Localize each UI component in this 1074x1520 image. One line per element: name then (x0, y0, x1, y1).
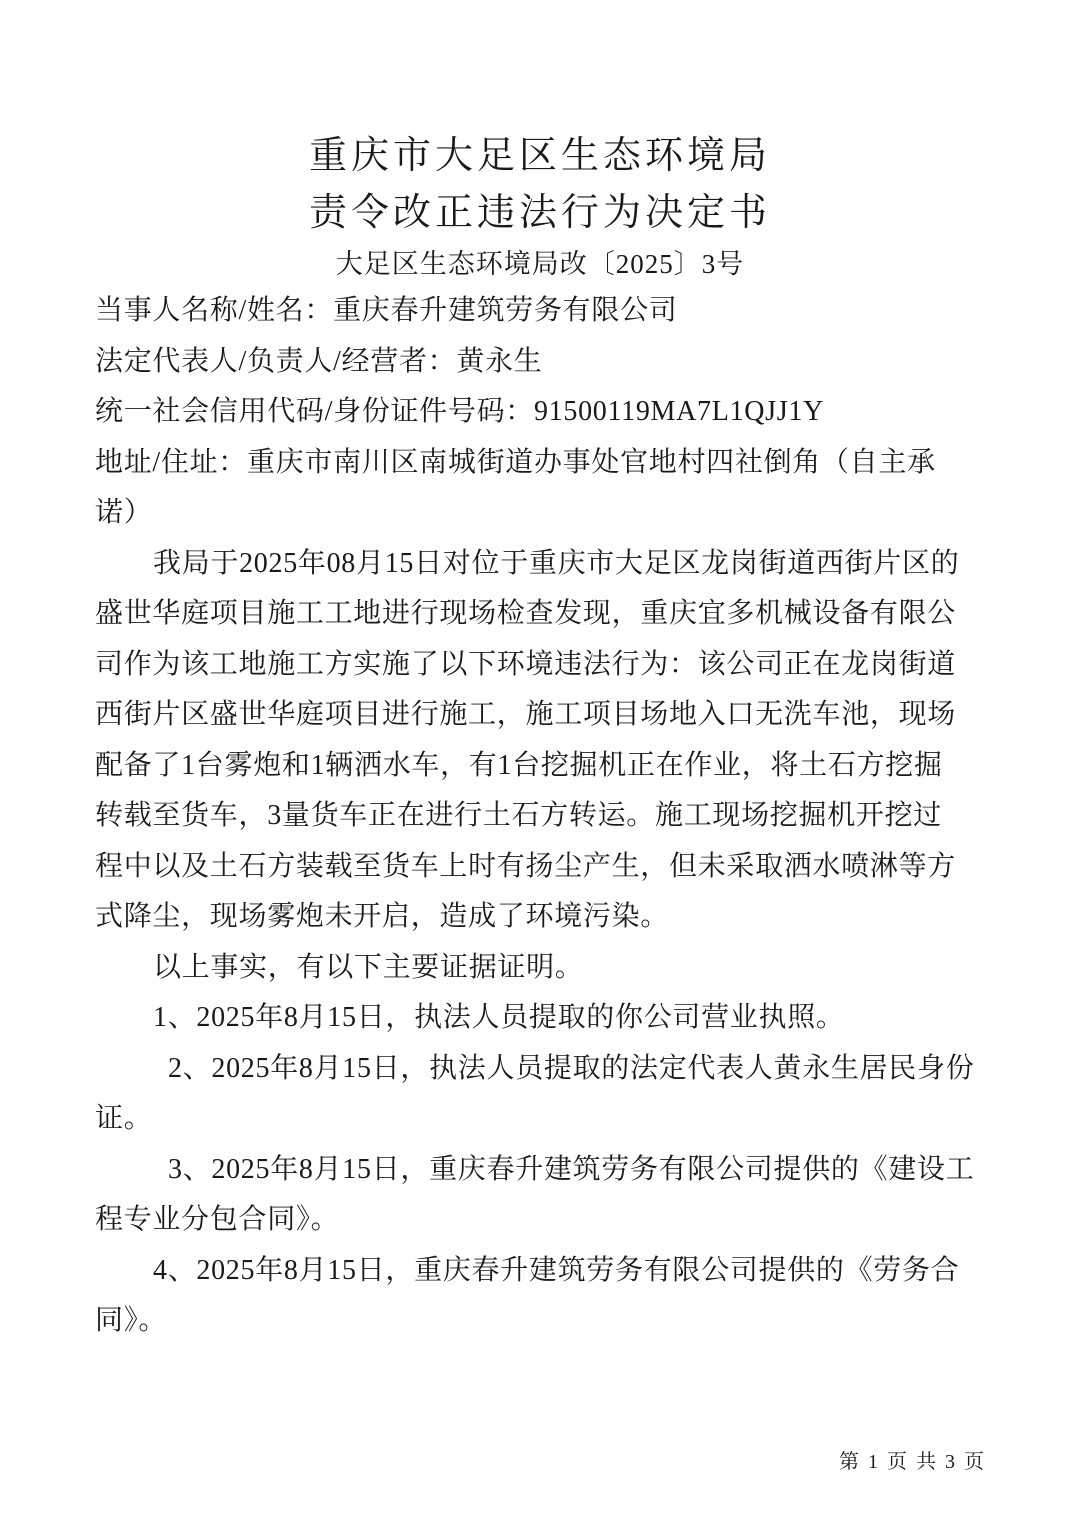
line-evidence-intro: 以上事实，有以下主要证据证明。 (95, 943, 985, 994)
line-findings-5: 配备了1台雾炮和1辆洒水车，有1台挖掘机正在作业，将土石方挖掘 (95, 741, 985, 792)
line-party-name: 当事人名称/姓名：重庆春升建筑劳务有限公司 (95, 286, 985, 337)
line-evidence-item-4b: 同》。 (95, 1296, 985, 1347)
line-evidence-item-2a: 2、2025年8月15日，执法人员提取的法定代表人黄永生居民身份 (95, 1044, 985, 1095)
line-legal-representative: 法定代表人/负责人/经营者：黄永生 (95, 337, 985, 388)
line-findings-8: 式降尘，现场雾炮未开启，造成了环境污染。 (95, 892, 985, 943)
line-evidence-item-1: 1、2025年8月15日，执法人员提取的你公司营业执照。 (95, 993, 985, 1044)
document-body: 当事人名称/姓名：重庆春升建筑劳务有限公司 法定代表人/负责人/经营者：黄永生 … (95, 286, 985, 1347)
document-page: 重庆市大足区生态环境局 责令改正违法行为决定书 大足区生态环境局改〔2025〕3… (0, 0, 1074, 1520)
line-evidence-item-4a: 4、2025年8月15日，重庆春升建筑劳务有限公司提供的《劳务合 (95, 1246, 985, 1297)
document-content: 重庆市大足区生态环境局 责令改正违法行为决定书 大足区生态环境局改〔2025〕3… (95, 128, 985, 1347)
line-evidence-item-2b: 证。 (95, 1094, 985, 1145)
line-address-2: 诺） (95, 488, 985, 539)
line-findings-1: 我局于2025年08月15日对位于重庆市大足区龙岗街道西街片区的 (95, 539, 985, 590)
line-findings-3: 司作为该工地施工方实施了以下环境违法行为：该公司正在龙岗街道 (95, 640, 985, 691)
document-number: 大足区生态环境局改〔2025〕3号 (95, 242, 985, 286)
line-findings-6: 转载至货车，3量货车正在进行土石方转运。施工现场挖掘机开挖过 (95, 791, 985, 842)
page-number-footer: 第 1 页 共 3 页 (839, 1445, 986, 1474)
line-address-1: 地址/住址：重庆市南川区南城街道办事处官地村四社倒角（自主承 (95, 438, 985, 489)
document-title-line-2: 责令改正违法行为决定书 (95, 185, 985, 242)
document-title-line-1: 重庆市大足区生态环境局 (95, 128, 985, 185)
line-findings-2: 盛世华庭项目施工工地进行现场检查发现，重庆宜多机械设备有限公 (95, 589, 985, 640)
line-evidence-item-3a: 3、2025年8月15日，重庆春升建筑劳务有限公司提供的《建设工 (95, 1145, 985, 1196)
line-findings-4: 西街片区盛世华庭项目进行施工，施工项目场地入口无洗车池，现场 (95, 690, 985, 741)
line-findings-7: 程中以及土石方装载至货车上时有扬尘产生，但未采取洒水喷淋等方 (95, 842, 985, 893)
line-credit-code: 统一社会信用代码/身份证件号码：91500119MA7L1QJJ1Y (95, 387, 985, 438)
line-evidence-item-3b: 程专业分包合同》。 (95, 1195, 985, 1246)
